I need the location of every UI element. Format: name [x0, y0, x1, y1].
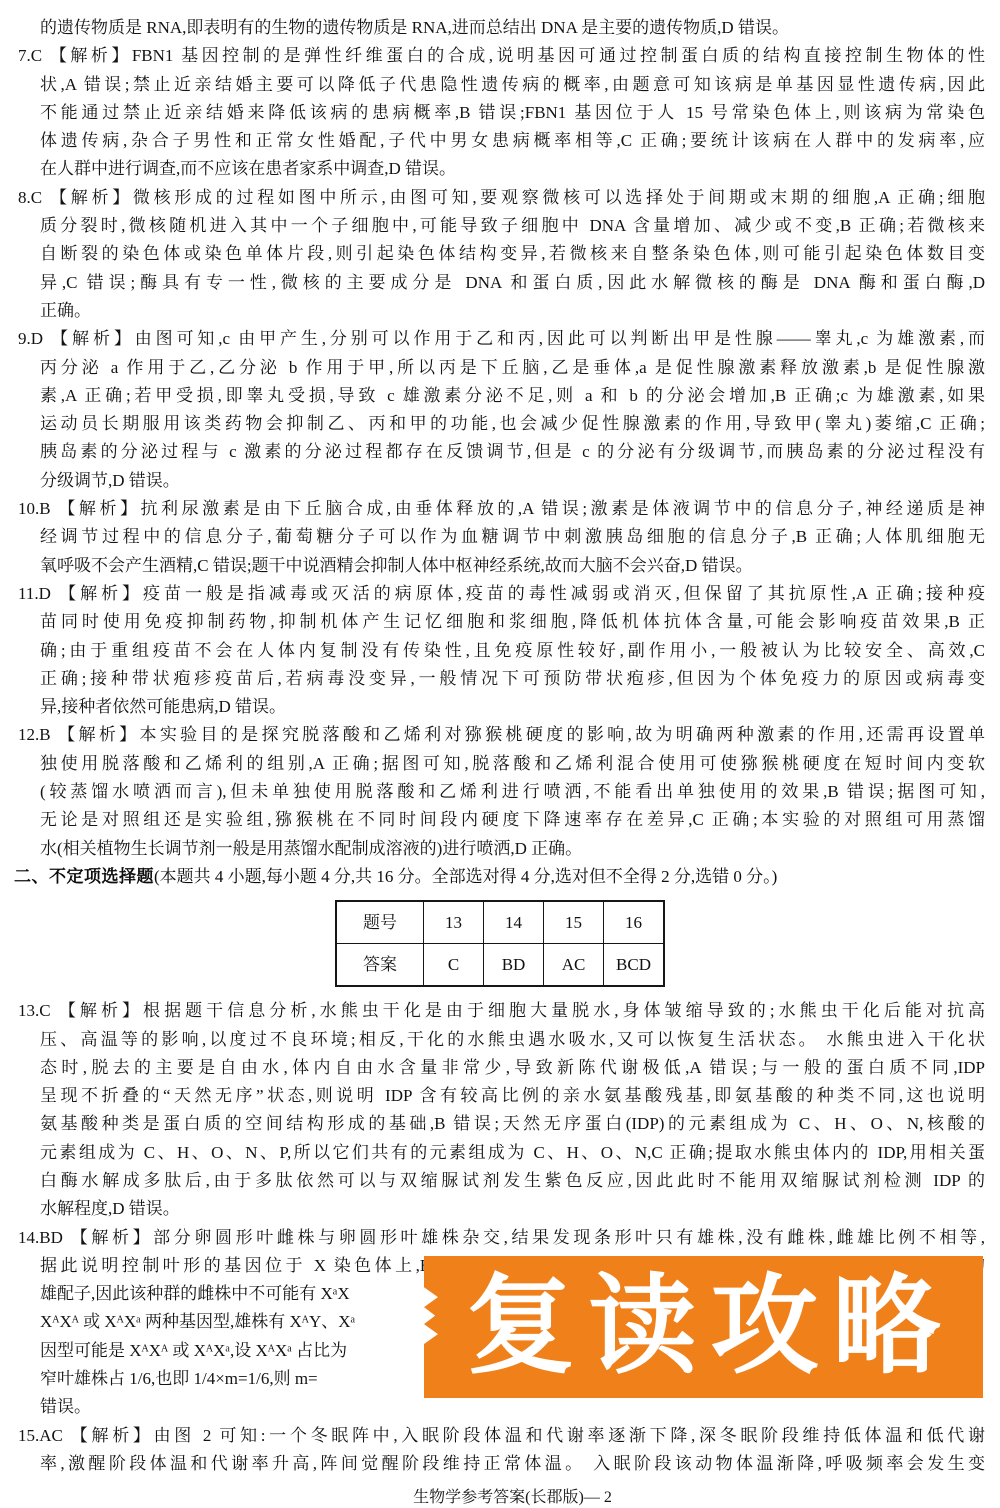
answer-table-header-row: 题号 13 14 15 16	[337, 902, 663, 943]
text-line: 水(相关植物生长调节剂一般是用蒸馏水配制成溶液的)进行喷洒,D 正确。	[40, 835, 985, 863]
text-line: 15.AC 【解析】由图 2 可知:一个冬眠阵中,入眠阶段体温和代谢率逐渐下降,…	[40, 1422, 985, 1450]
text-line: 异,接种者依然可能患病,D 错误。	[40, 693, 985, 721]
text-line: 素,A 正确;若甲受损,即睾丸受损,导致 c 雄激素分泌不足,则 a 和 b 的…	[40, 382, 985, 410]
text-line: 12.B 【解析】本实验目的是探究脱落酸和乙烯利对猕猴桃硬度的影响,故为明确两种…	[40, 721, 985, 749]
text-line: 苗同时使用免疫抑制药物,抑制机体产生记忆细胞和浆细胞,降低机体抗体含量,可能会影…	[40, 608, 985, 636]
question-number-cell: 15	[543, 902, 603, 943]
text-line: 分级调节,D 错误。	[40, 467, 985, 495]
text-line: 白酶水解成多肽后,由于多肽依然可以与双缩脲试剂发生紫色反应,因此此时不能用双缩脲…	[40, 1167, 985, 1195]
text-line: 8.C 【解析】微核形成的过程如图中所示,由图可知,要观察微核可以选择处于间期或…	[40, 184, 985, 212]
text-line: 11.D 【解析】疫苗一般是指减毒或灭活的病原体,疫苗的毒性减弱或消灭,但保留了…	[40, 580, 985, 608]
text-line: 14.BD 【解析】部分卵圆形叶雌株与卵圆形叶雄株杂交,结果发现条形叶只有雄株,…	[40, 1224, 985, 1252]
text-line: 率,激醒阶段体温和代谢率升高,阵间觉醒阶段维持正常体温。 入眠阶段该动物体温渐降…	[40, 1450, 985, 1478]
text-line: 9.D 【解析】由图可知,c 由甲产生,分别可以作用于乙和丙,因此可以判断出甲是…	[40, 325, 985, 353]
page-footer: 生物学参考答案(长郡版)— 2	[40, 1486, 985, 1508]
watermark-banner: 复读攻略	[424, 1256, 983, 1398]
text-line: 质分裂时,微核随机进入其中一个子细胞中,可能导致子细胞中 DNA 含量增加、减少…	[40, 212, 985, 240]
text-line: 状,A 错误;禁止近亲结婚主要可以降低子代患隐性遗传病的概率,由题意可知该病是单…	[40, 71, 985, 99]
answer-sheet-page: 的遗传物质是 RNA,即表明有的生物的遗传物质是 RNA,进而总结出 DNA 是…	[0, 0, 1000, 1508]
text-line: 13.C 【解析】根据题干信息分析,水熊虫干化是由于细胞大量脱水,身体皱缩导致的…	[40, 997, 985, 1025]
watermark-text: 复读攻略	[466, 1273, 954, 1381]
answer-table-answer-row: 答案 C BD AC BCD	[337, 943, 663, 985]
text-line: 正确;接种带状疱疹疫苗后,若病毒没变异,一般情况下可预防带状疱疹,但因为个体免疫…	[40, 665, 985, 693]
text-line: (较蒸馏水喷洒而言),但未单独使用脱落酸和乙烯利进行喷洒,不能看出单独使用的效果…	[40, 778, 985, 806]
text-line: 胰岛素的分泌过程与 c 激素的分泌过程都存在反馈调节,但是 c 的分泌有分级调节…	[40, 438, 985, 466]
text-line: 自断裂的染色体或染色单体片段,则引起染色体结构变异,若微核来自整条染色体,则可能…	[40, 240, 985, 268]
text-line: 水解程度,D 错误。	[40, 1195, 985, 1223]
text-line: 在人群中进行调查,而不应该在患者家系中调查,D 错误。	[40, 155, 985, 183]
text-line: 无论是对照组还是实验组,猕猴桃在不同时间段内硬度下降速率存在差异,C 正确;本实…	[40, 806, 985, 834]
question-number-cell: 13	[423, 902, 483, 943]
text-line: 确;由于重组疫苗不会在人体内复制没有传染性,且免疫原性较好,副作用小,一般被认为…	[40, 637, 985, 665]
text-line: 不能通过禁止近亲结婚来降低该病的患病概率,B 错误;FBN1 基因位于人 15 …	[40, 99, 985, 127]
answer-cell: C	[423, 944, 483, 985]
answer-cell: BD	[483, 944, 543, 985]
question-number-cell: 16	[603, 902, 663, 943]
answer-explanations-top: 的遗传物质是 RNA,即表明有的生物的遗传物质是 RNA,进而总结出 DNA 是…	[40, 14, 985, 863]
text-line: 正确。	[40, 297, 985, 325]
answer-cell: AC	[543, 944, 603, 985]
text-line: 经调节过程中的信息分子,葡萄糖分子可以作为血糖调节中刺激胰岛细胞的信息分子,B …	[40, 523, 985, 551]
section-heading: 二、不定项选择题(本题共 4 小题,每小题 4 分,共 16 分。全部选对得 4…	[40, 863, 985, 891]
question-number-cell: 14	[483, 902, 543, 943]
text-line: 氨基酸种类是蛋白质的空间结构形成的基础,B 错误;天然无序蛋白(IDP)的元素组…	[40, 1110, 985, 1138]
text-line: 运动员长期服用该类药物会抑制乙、丙和甲的功能,也会减少促性腺激素的作用,导致甲(…	[40, 410, 985, 438]
answer-table: 题号 13 14 15 16 答案 C BD AC	[335, 900, 665, 987]
text-line: 态时,脱去的主要是自由水,体内自由水含量非常少,导致新陈代谢极低,A 错误;与一…	[40, 1054, 985, 1082]
answer-cell: BCD	[603, 944, 663, 985]
text-line: 体遗传病,杂合子男性和正常女性婚配,子代中男女患病概率相等,C 正确;要统计该病…	[40, 127, 985, 155]
section-heading-title: 二、不定项选择题	[14, 867, 154, 886]
text-line: 独使用脱落酸和乙烯利的组别,A 正确;据图可知,脱落酸和乙烯利混合使用可使猕猴桃…	[40, 750, 985, 778]
answer-table-header-label: 题号	[337, 902, 423, 943]
text-line: 的遗传物质是 RNA,即表明有的生物的遗传物质是 RNA,进而总结出 DNA 是…	[40, 14, 985, 42]
section-heading-note: (本题共 4 小题,每小题 4 分,共 16 分。全部选对得 4 分,选对但不全…	[154, 867, 777, 886]
text-line: 异,C 错误;酶具有专一性,微核的主要成分是 DNA 和蛋白质,因此水解微核的酶…	[40, 269, 985, 297]
text-line: 丙分泌 a 作用于乙,乙分泌 b 作用于甲,所以丙是下丘脑,乙是垂体,a 是促性…	[40, 354, 985, 382]
text-line: 7.C 【解析】FBN1 基因控制的是弹性纤维蛋白的合成,说明基因可通过控制蛋白…	[40, 42, 985, 70]
text-line: 10.B 【解析】抗利尿激素是由下丘脑合成,由垂体释放的,A 错误;激素是体液调…	[40, 495, 985, 523]
answer-explanations-bottom: 13.C 【解析】根据题干信息分析,水熊虫干化是由于细胞大量脱水,身体皱缩导致的…	[40, 997, 985, 1478]
answer-table-answer-label: 答案	[337, 944, 423, 985]
text-line: 元素组成为 C、H、O、N、P,所以它们共有的元素组成为 C、H、O、N,C 正…	[40, 1139, 985, 1167]
text-line: 压、高温等的影响,以度过不良环境;相反,干化的水熊虫遇水吸水,又可以恢复生活状态…	[40, 1026, 985, 1054]
text-line: 氧呼吸不会产生酒精,C 错误;题干中说酒精会抑制人体中枢神经系统,故而大脑不会兴…	[40, 552, 985, 580]
text-line: 呈现不折叠的“天然无序”状态,则说明 IDP 含有较高比例的亲水氨基酸残基,即氨…	[40, 1082, 985, 1110]
